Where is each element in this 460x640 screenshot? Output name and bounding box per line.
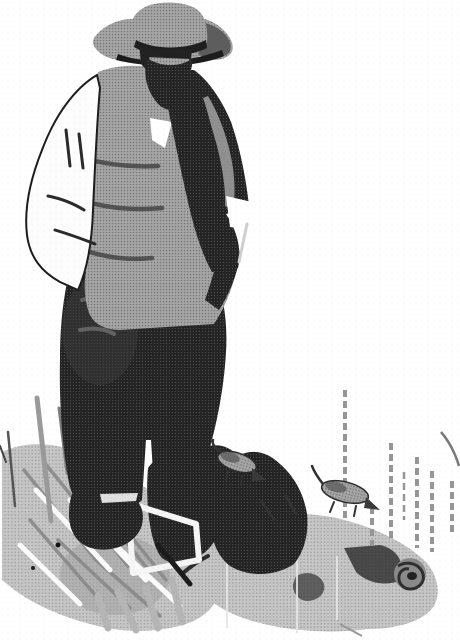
paper-grain-overlay xyxy=(0,0,460,640)
illustration-canvas xyxy=(0,0,460,640)
halftone-illustration xyxy=(0,0,460,640)
